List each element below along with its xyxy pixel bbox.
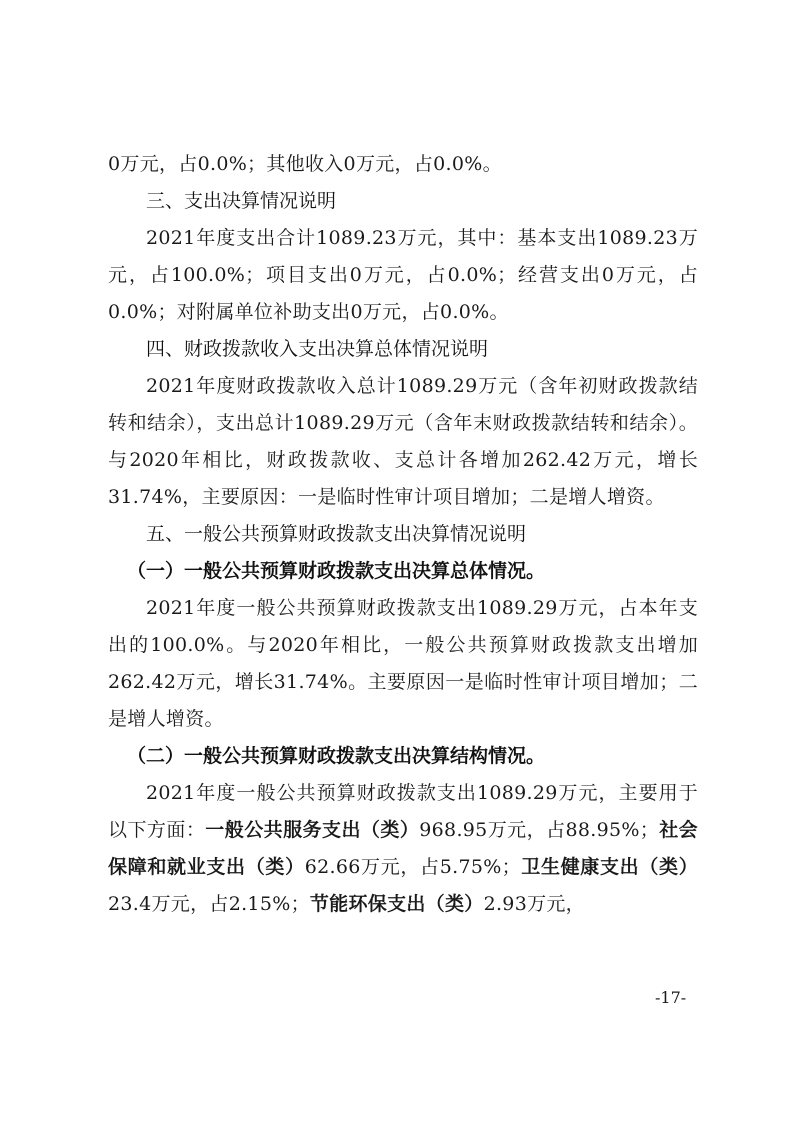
- section-4-heading: 四、财政拨款收入支出决算总体情况说明: [108, 331, 698, 368]
- item-text-health: 23.4万元，占2.15%；: [108, 893, 310, 915]
- document-page: 0万元，占0.0%；其他收入0万元，占0.0%。 三、支出决算情况说明 2021…: [108, 146, 698, 923]
- item-text-general-public-services: 968.95万元，占88.95%；: [419, 819, 659, 841]
- section-5-sub1-heading: （一）一般公共预算财政拨款支出决算总体情况。: [108, 553, 698, 590]
- section-5-heading: 五、一般公共预算财政拨款支出决算情况说明: [108, 516, 698, 553]
- item-text-social-security: 62.66万元，占5.75%；: [305, 856, 521, 878]
- section-5-sub2-paragraph: 2021年度一般公共预算财政拨款支出1089.29万元，主要用于以下方面：一般公…: [108, 775, 698, 923]
- section-3-paragraph: 2021年度支出合计1089.23万元，其中：基本支出1089.23万元，占10…: [108, 220, 698, 331]
- page-number: -17-: [655, 988, 686, 1007]
- continuation-paragraph: 0万元，占0.0%；其他收入0万元，占0.0%。: [108, 146, 698, 183]
- item-label-general-public-services: 一般公共服务支出（类）: [205, 819, 419, 841]
- item-text-environment: 2.93万元，: [484, 893, 585, 915]
- item-label-environment: 节能环保支出（类）: [310, 893, 484, 915]
- section-5-sub2-heading: （二）一般公共预算财政拨款支出决算结构情况。: [108, 738, 698, 775]
- section-5-sub1-paragraph: 2021年度一般公共预算财政拨款支出1089.29万元，占本年支出的100.0%…: [108, 590, 698, 738]
- section-4-paragraph: 2021年度财政拨款收入总计1089.29万元（含年初财政拨款结转和结余），支出…: [108, 368, 698, 516]
- section-3-heading: 三、支出决算情况说明: [108, 183, 698, 220]
- item-label-health: 卫生健康支出（类）: [521, 856, 698, 878]
